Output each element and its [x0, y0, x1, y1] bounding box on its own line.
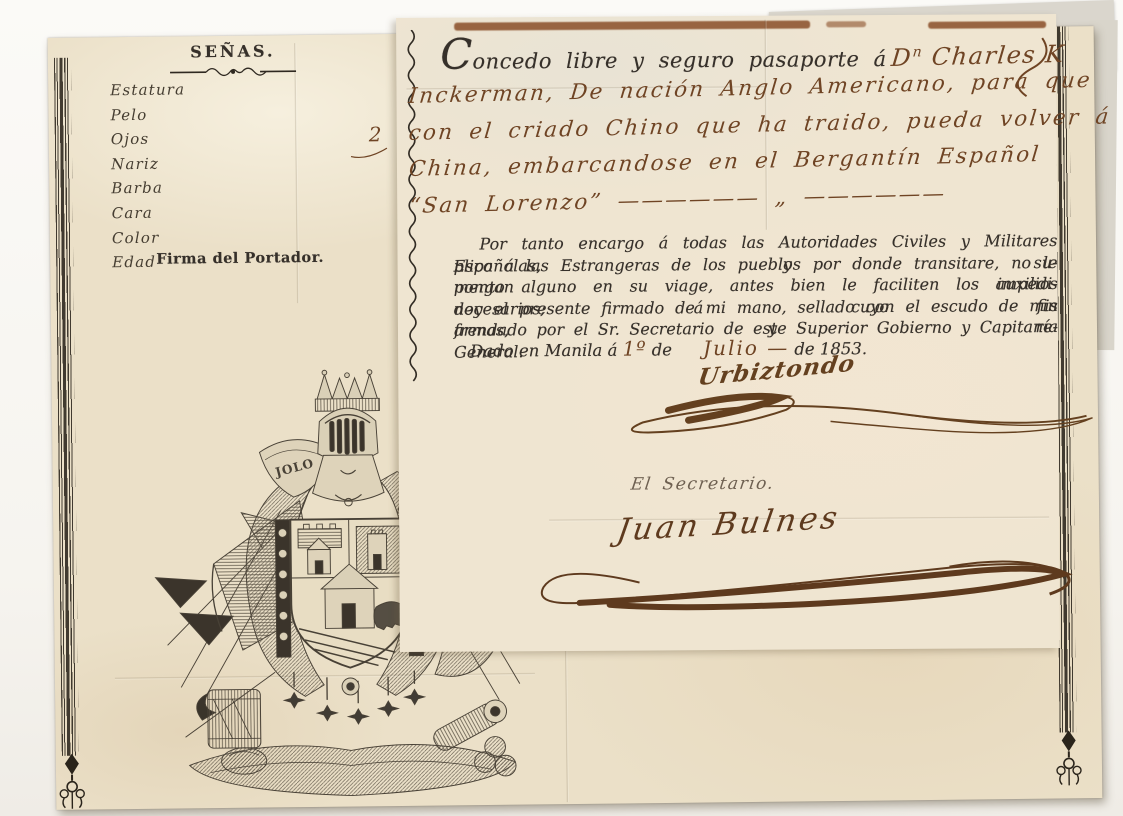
senas-fields-list: Estatura Pelo Ojos Nariz Barba Cara Colo… — [110, 80, 187, 271]
opening-initial: C — [440, 30, 472, 79]
bearer-signature-label: Firma del Portador. — [110, 248, 370, 268]
dateline-day-handwritten: 1º — [622, 336, 646, 360]
senas-rule-ornament — [168, 65, 298, 78]
right-border-finial-ornament — [1054, 730, 1085, 786]
handwritten-line-3: China, embarcandose en el Bergantín Espa… — [408, 142, 1042, 182]
senas-field-estatura: Estatura — [110, 80, 185, 99]
page-number-annotation: 2 — [369, 122, 382, 146]
opening-printed-text: oncedo libre y seguro pasaporte á — [472, 47, 886, 74]
holder-honorific-superscript: n — [912, 44, 924, 60]
annotation-flourish — [349, 146, 389, 160]
scanned-passport-document: SEÑAS. Estatura Pelo Ojos Nariz Barba Ca… — [0, 0, 1123, 816]
glue-stain — [454, 20, 810, 30]
senas-field-nariz: Nariz — [111, 154, 186, 173]
holder-honorific: D — [890, 43, 914, 72]
body-line: Por tanto encargo á todas las Autoridade… — [453, 230, 1057, 255]
senas-field-pelo: Pelo — [110, 105, 185, 124]
secretary-label: El Secretario. — [630, 474, 776, 495]
secretary-signature-flourish — [519, 550, 1079, 633]
dateline-prefix: Dado en Manila á — [470, 341, 617, 361]
senas-field-ojos: Ojos — [111, 130, 186, 149]
left-border-finial-ornament — [57, 754, 88, 810]
senas-field-color: Color — [112, 228, 187, 247]
opening-line: Concedo libre y seguro pasaporte á Dn Ch… — [440, 36, 1065, 75]
printed-body-paragraph: Por tanto encargo á todas las Autoridade… — [453, 230, 1058, 341]
glue-stain — [826, 21, 866, 27]
secretary-signature: Juan Bulnes — [614, 500, 842, 549]
handwritten-line-2: con el criado Chino que ha traido, pueda… — [408, 104, 1112, 146]
left-rule-border — [54, 58, 79, 756]
dateline-connector: de — [652, 340, 672, 359]
attached-passport-leaf: Concedo libre y seguro pasaporte á Dn Ch… — [396, 14, 1060, 652]
senas-heading: SEÑAS. — [108, 40, 358, 62]
body-line: mento alguno en su viage, antes bien le … — [454, 273, 1058, 298]
governor-rubric-flourish — [608, 386, 1108, 451]
handwritten-line-4: “San Lorenzo” —————— „ —————— — [408, 181, 947, 219]
glue-stain — [928, 21, 1046, 29]
senas-field-barba: Barba — [111, 179, 186, 198]
senas-field-cara: Cara — [112, 203, 187, 222]
